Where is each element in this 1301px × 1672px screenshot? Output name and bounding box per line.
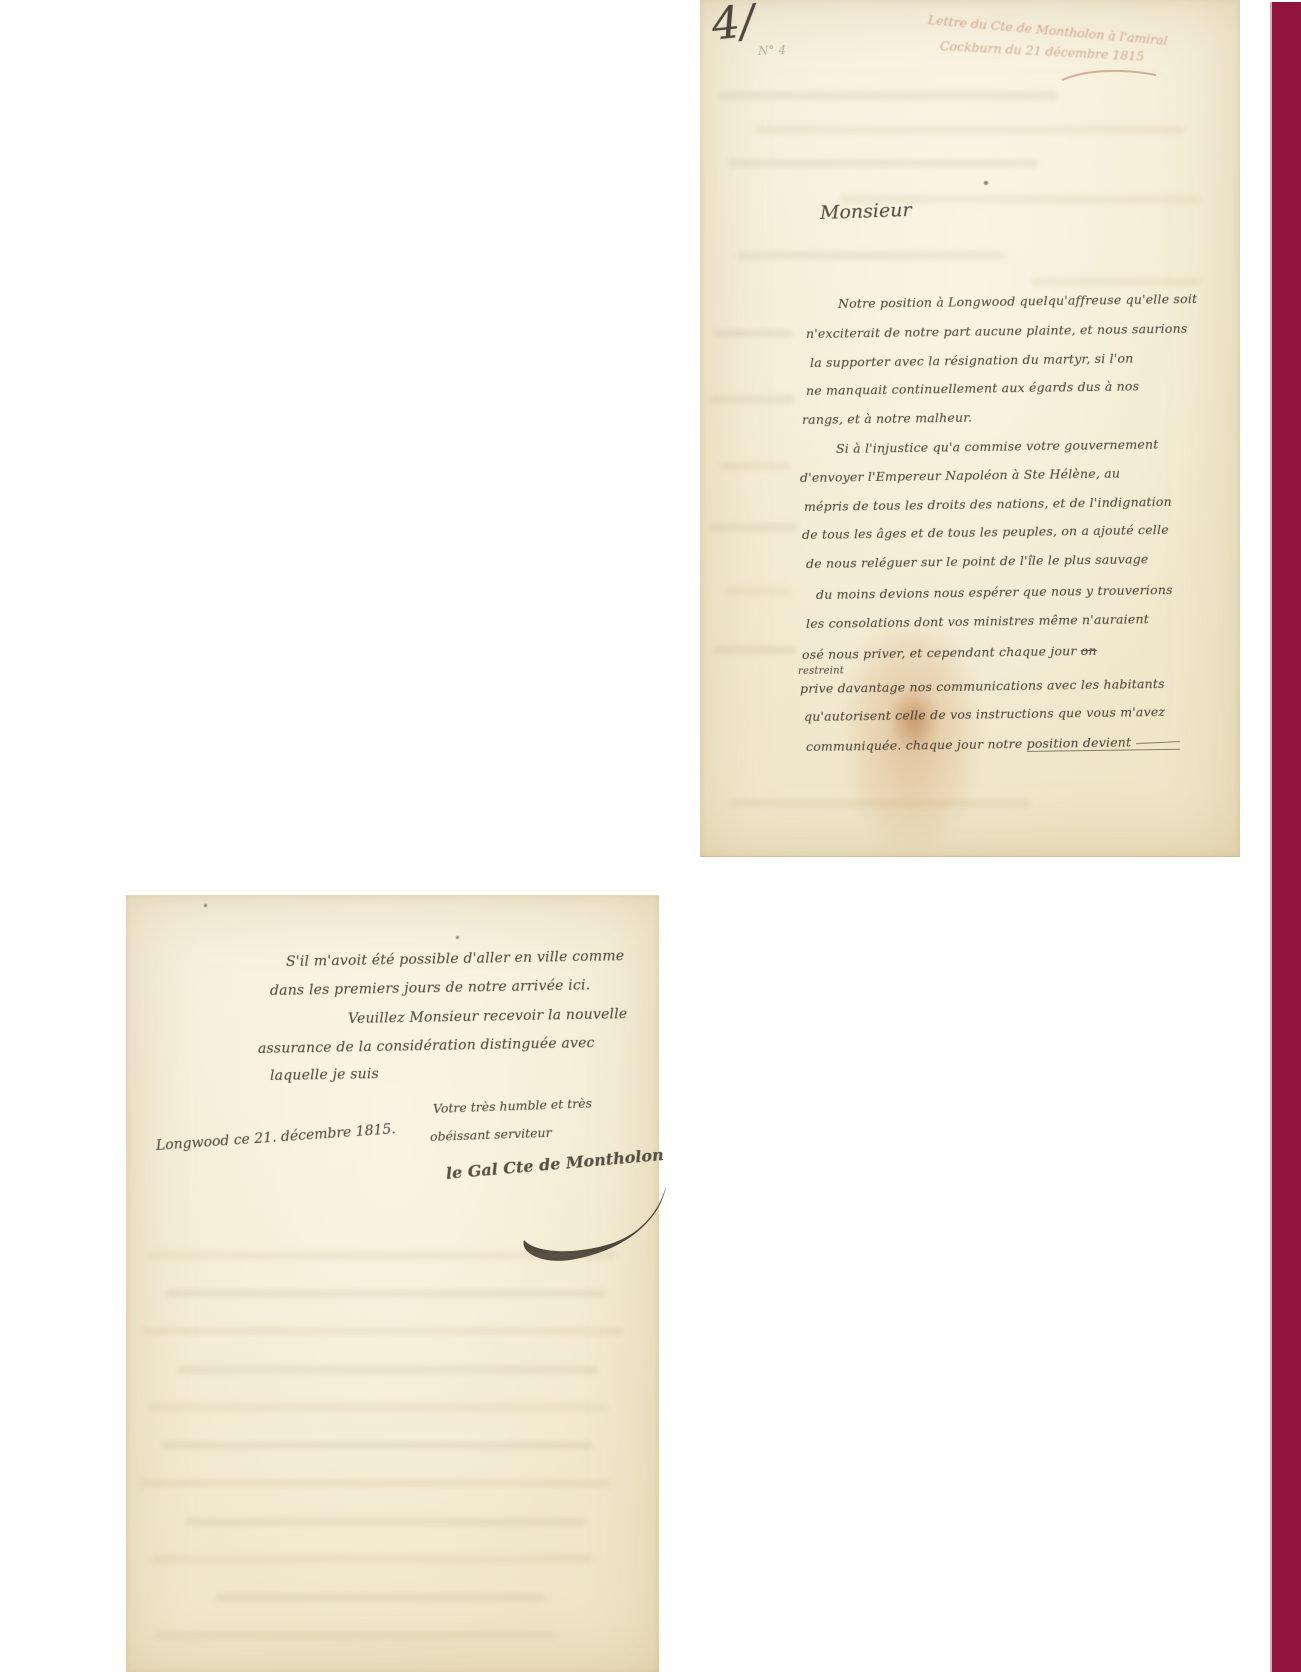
handwritten-line: mépris de tous les droits des nations, e… [804,494,1172,514]
closing-line: obéissant serviteur [430,1125,552,1144]
handwritten-line: n'exciterait de notre part aucune plaint… [806,321,1188,341]
ink-dot [204,904,207,907]
handwritten-line: de tous les âges et de tous les peuples,… [802,522,1169,542]
ink-dot [456,936,459,939]
bleed-through-line [708,524,798,531]
bleed-through-line [216,1594,546,1601]
red-spine-bar [1270,2,1301,1672]
bleed-through-line [726,588,790,595]
handwritten-line: S'il m'avoit été possible d'aller en vil… [286,948,625,970]
handwritten-line: de nous reléguer sur le point de l'île l… [806,551,1149,571]
handwritten-line: qu'autorisent celle de vos instructions … [804,704,1165,724]
signature-flourish [518,1184,668,1274]
handwritten-line: d'envoyer l'Empereur Napoléon à Ste Hélè… [800,466,1120,485]
bleed-through-line [714,330,792,337]
pencil-catalog-note: N° 4 [758,43,786,58]
ink-dot [984,181,988,185]
bleed-through-line [718,92,1058,99]
handwritten-line: du moins devions nous espérer que nous y… [816,582,1173,602]
bleed-through-line [730,800,1030,807]
bleed-through-line [736,252,1006,259]
bleed-through-line [152,1556,592,1563]
signature: le Gal Cte de Montholon [445,1145,664,1183]
handwritten-line: Si à l'injustice qu'a commise votre gouv… [836,436,1159,456]
handwritten-line: Notre position à Longwood quelqu'affreus… [838,291,1197,311]
bleed-through-line [140,1480,610,1487]
interline-correction: restreint [798,665,844,677]
handwritten-line: rangs, et à notre malheur. [802,410,972,427]
bleed-through-line [755,126,1185,133]
bleed-through-line [710,396,794,403]
handwritten-line: prive davantage nos communications avec … [800,676,1165,696]
handwritten-line: osé nous priver, et cependant chaque jou… [802,643,1097,662]
handwritten-line: dans les premiers jours de notre arrivée… [270,977,591,999]
handwritten-line: la supporter avec la résignation du mart… [810,350,1134,370]
salutation: Monsieur [820,199,912,224]
bleed-through-line [156,1632,556,1639]
handwritten-line: ne manquait continuellement aux égards d… [806,378,1139,398]
handwritten-line: les consolations dont vos ministres même… [806,611,1149,631]
handwritten-text: communiquée. chaque jour notre [806,736,1023,754]
bleed-through-line [186,1518,586,1525]
folio-mark: 4/ [709,0,757,51]
underlined-phrase: position devient [1026,734,1180,752]
struck-word: on [1081,643,1097,658]
bleed-through-line [146,1252,616,1259]
bleed-through-line [142,1328,622,1335]
archival-note-flourish [1060,66,1160,86]
bleed-through-line [148,1404,608,1411]
bleed-through-line [720,462,790,469]
manuscript-letter-page-2: S'il m'avoit été possible d'aller en vil… [126,895,659,1672]
bleed-through-line [1030,278,1200,285]
bleed-through-line [162,1442,592,1449]
bleed-through-line [728,160,1038,167]
handwritten-line: laquelle je suis [270,1066,379,1084]
manuscript-letter-page-1: 4/ N° 4 Lettre du Cte de Montholon à l'a… [700,0,1240,857]
closing-line: Votre très humble et très [433,1095,593,1116]
bleed-through-line [178,1366,598,1373]
handwritten-line: communiquée. chaque jour notre position … [806,734,1180,754]
handwritten-line: assurance de la considération distinguée… [258,1035,595,1057]
bleed-through-line [166,1290,606,1297]
bleed-through-line [714,646,796,653]
dateline: Longwood ce 21. décembre 1815. [155,1121,396,1154]
handwritten-text: osé nous priver, et cependant chaque jou… [802,643,1077,662]
handwritten-line: Veuillez Monsieur recevoir la nouvelle [348,1006,628,1027]
